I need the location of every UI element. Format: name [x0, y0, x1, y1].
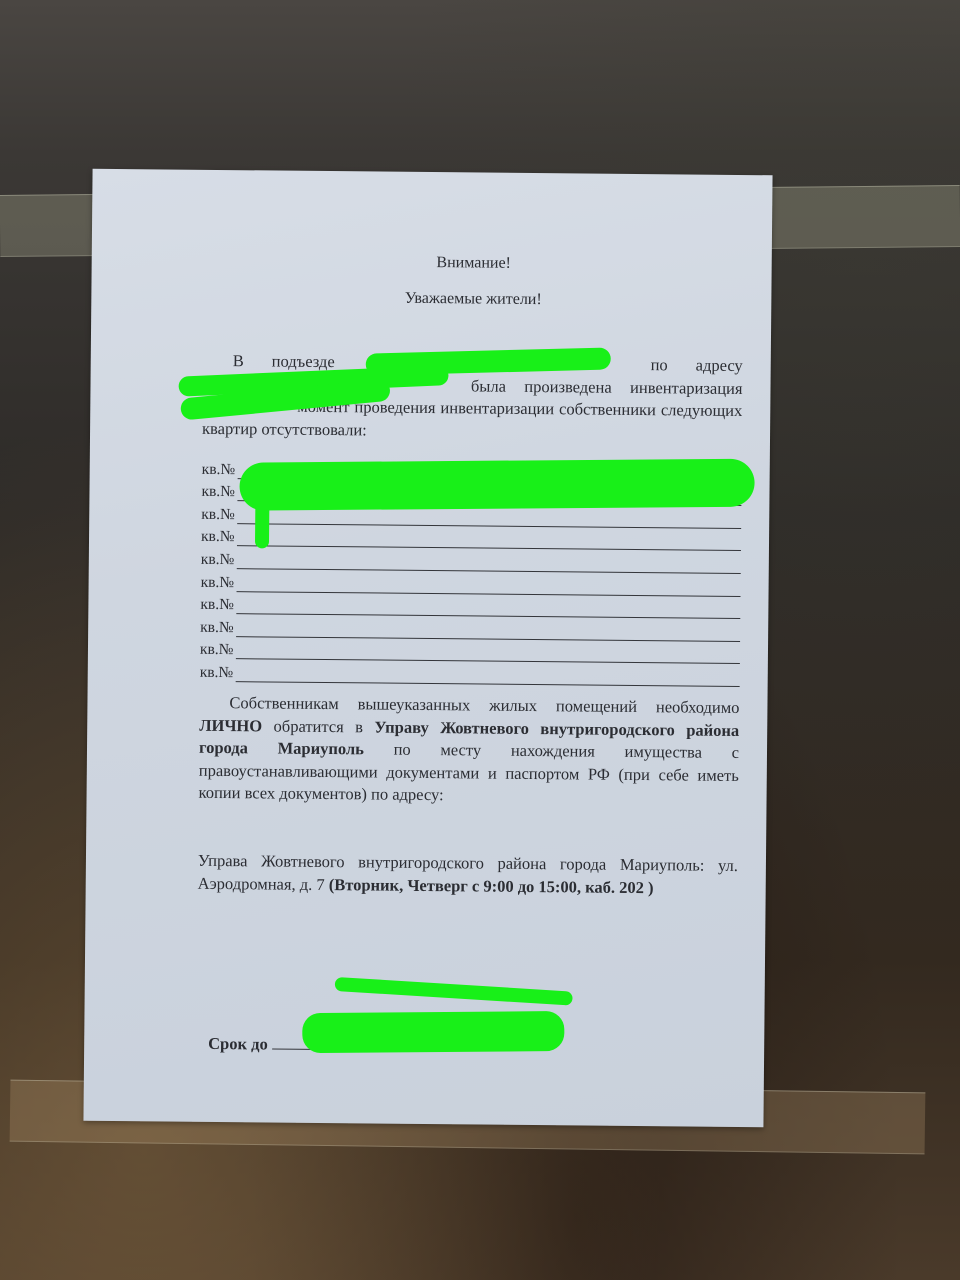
notice-sheet: Внимание! Уважаемые жители! В подъезде п…: [83, 169, 772, 1127]
apartment-label: кв.№: [200, 641, 236, 659]
apartment-label: кв.№: [201, 506, 237, 524]
office-address: Управа Жовтневого внутригородского район…: [198, 850, 738, 900]
apartment-blank-line: [236, 667, 740, 687]
apartment-label: кв.№: [200, 619, 236, 637]
apartment-label: кв.№: [201, 483, 237, 501]
apartment-label: кв.№: [201, 551, 237, 569]
apartment-label: кв.№: [200, 664, 236, 682]
instructions-paragraph: Собственникам вышеуказанных жилых помеще…: [198, 692, 739, 810]
apartment-label: кв.№: [201, 573, 237, 591]
redaction-apartments-stroke: [255, 470, 270, 548]
apartment-label: кв.№: [200, 596, 236, 614]
notice-subtitle: Уважаемые жители!: [203, 288, 743, 311]
apartment-label: кв.№: [202, 460, 238, 478]
notice-title: Внимание!: [204, 252, 744, 275]
redaction-apartments: [239, 459, 754, 511]
deadline: Срок до: [208, 1034, 312, 1055]
apartment-label: кв.№: [201, 528, 237, 546]
redaction-deadline-2: [302, 1011, 564, 1053]
redaction-deadline: [335, 977, 573, 1006]
